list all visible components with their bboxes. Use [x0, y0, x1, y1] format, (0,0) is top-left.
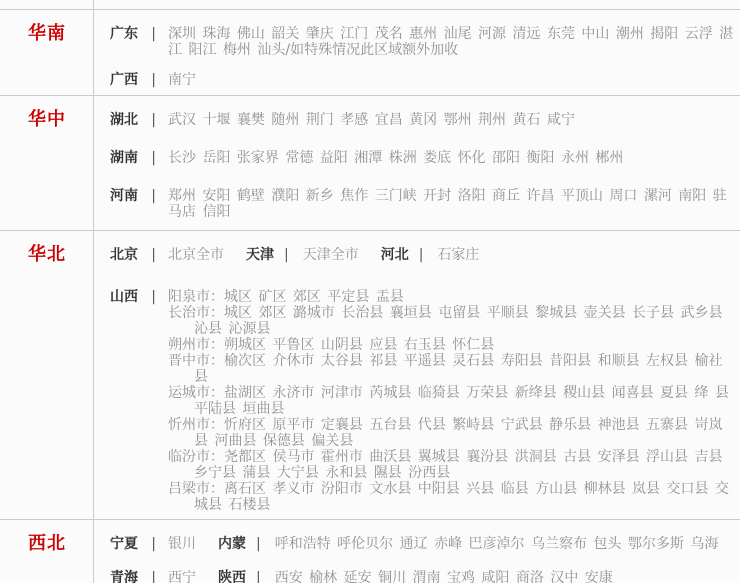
- district-line: 临汾市：尧都区 侯马市 霍州市 曲沃县 翼城县 襄汾县 洪洞县 古县 安泽县 浮…: [168, 449, 734, 481]
- province-label: 北京 |: [110, 247, 168, 263]
- city-list-text: 银川: [168, 536, 196, 552]
- province-name: 北京: [110, 247, 138, 263]
- province-label: 湖北 |: [110, 112, 168, 128]
- province-entry-inline: 北京 | 北京全市天津|天津全市河北|石家庄: [110, 247, 734, 263]
- district-line: 晋中市：榆次区 介休市 太谷县 祁县 平遥县 灵石县 寿阳县 昔阳县 和顺县 左…: [168, 353, 734, 385]
- district-line: 运城市：盐湖区 永济市 河津市 芮城县 临猗县 万荣县 新绛县 稷山县 闻喜县 …: [168, 385, 734, 417]
- city-list: 深圳 珠海 佛山 韶关 肇庆 江门 茂名 惠州 汕尾 河源 清远 东莞 中山 潮…: [168, 26, 734, 58]
- city-list: 银川内蒙|呼和浩特 呼伦贝尔 通辽 赤峰 巴彦淖尔 乌兰察布 包头 鄂尔多斯 乌…: [168, 536, 734, 552]
- province-entry-inline: 宁夏 | 银川内蒙|呼和浩特 呼伦贝尔 通辽 赤峰 巴彦淖尔 乌兰察布 包头 鄂…: [110, 536, 734, 552]
- province-entry: 湖北 | 武汉 十堰 襄樊 随州 荆门 孝感 宜昌 黄冈 鄂州 荆州 黄石 咸宁: [110, 112, 734, 128]
- province-entry: 河南 | 郑州 安阳 鹤壁 濮阳 新乡 焦作 三门峡 开封 洛阳 商丘 许昌 平…: [110, 188, 734, 220]
- pipe-separator: |: [284, 247, 289, 263]
- pipe-separator: |: [151, 570, 156, 583]
- province-group: 陕西|西安 榆林 延安 铜川 渭南 宝鸡 咸阳 商洛 汉中 安康: [218, 570, 613, 583]
- province-label: 山西 |: [110, 289, 168, 513]
- pipe-separator: |: [151, 72, 156, 88]
- pipe-separator: |: [151, 112, 156, 128]
- province-label: 青海 |: [110, 570, 168, 583]
- city-list-text: 天津全市: [303, 247, 359, 263]
- region-cell: 华北: [0, 231, 94, 519]
- province-name: 内蒙: [218, 536, 246, 552]
- province-label: 湖南 |: [110, 150, 168, 166]
- region-cell: 华中: [0, 96, 94, 230]
- province-name: 河北: [381, 247, 409, 263]
- province-group: 河北|石家庄: [381, 247, 480, 263]
- province-group: 内蒙|呼和浩特 呼伦贝尔 通辽 赤峰 巴彦淖尔 乌兰察布 包头 鄂尔多斯 乌海: [218, 536, 718, 552]
- region-cell: 华南: [0, 10, 94, 95]
- city-list: 武汉 十堰 襄樊 随州 荆门 孝感 宜昌 黄冈 鄂州 荆州 黄石 咸宁: [168, 112, 734, 128]
- district-line: 吕梁市：离石区 孝义市 汾阳市 文水县 中阳县 兴县 临县 方山县 柳林县 岚县…: [168, 481, 734, 513]
- region-row-south-china: 华南 广东 | 深圳 珠海 佛山 韶关 肇庆 江门 茂名 惠州 汕尾 河源 清远…: [0, 9, 740, 95]
- shipping-regions-table: 华南 广东 | 深圳 珠海 佛山 韶关 肇庆 江门 茂名 惠州 汕尾 河源 清远…: [0, 0, 740, 583]
- region-row-north-china: 华北 北京 | 北京全市天津|天津全市河北|石家庄 山西 | 阳泉市：城区 矿区…: [0, 230, 740, 519]
- pipe-separator: |: [151, 289, 156, 513]
- table-row-partial-top: [0, 0, 740, 9]
- district-line: 长治市：城区 郊区 潞城市 长治县 襄垣县 屯留县 平顺县 黎城县 壶关县 长子…: [168, 305, 734, 337]
- region-label: 西北: [28, 533, 66, 554]
- pipe-separator: |: [256, 570, 261, 583]
- city-list: 南宁: [168, 72, 734, 88]
- province-entry-districts: 山西 | 阳泉市：城区 矿区 郊区 平定县 盂县 长治市：城区 郊区 潞城市 长…: [110, 289, 734, 513]
- content-cell: 北京 | 北京全市天津|天津全市河北|石家庄 山西 | 阳泉市：城区 矿区 郊区…: [94, 231, 740, 519]
- content-cell: [94, 0, 740, 9]
- district-line: 朔州市：朔城区 平鲁区 山阴县 应县 右玉县 怀仁县: [168, 337, 734, 353]
- district-list: 阳泉市：城区 矿区 郊区 平定县 盂县 长治市：城区 郊区 潞城市 长治县 襄垣…: [168, 289, 734, 513]
- province-name: 山西: [110, 289, 138, 513]
- province-name: 广西: [110, 72, 138, 88]
- city-list-text: 西宁: [168, 570, 196, 583]
- pipe-separator: |: [419, 247, 424, 263]
- province-name: 广东: [110, 26, 138, 58]
- province-name: 陕西: [218, 570, 246, 583]
- region-label: 华中: [28, 109, 66, 130]
- pipe-separator: |: [151, 536, 156, 552]
- city-list: 郑州 安阳 鹤壁 濮阳 新乡 焦作 三门峡 开封 洛阳 商丘 许昌 平顶山 周口…: [168, 188, 734, 220]
- province-name: 天津: [246, 247, 274, 263]
- province-entry: 湖南 | 长沙 岳阳 张家界 常德 益阳 湘潭 株洲 娄底 怀化 邵阳 衡阳 永…: [110, 150, 734, 166]
- pipe-separator: |: [151, 150, 156, 166]
- province-name: 青海: [110, 570, 138, 583]
- province-name: 河南: [110, 188, 138, 220]
- city-list: 西宁陕西|西安 榆林 延安 铜川 渭南 宝鸡 咸阳 商洛 汉中 安康: [168, 570, 734, 583]
- province-name: 宁夏: [110, 536, 138, 552]
- province-entry-inline: 青海 | 西宁陕西|西安 榆林 延安 铜川 渭南 宝鸡 咸阳 商洛 汉中 安康: [110, 570, 734, 583]
- province-entry: 广东 | 深圳 珠海 佛山 韶关 肇庆 江门 茂名 惠州 汕尾 河源 清远 东莞…: [110, 26, 734, 58]
- province-label: 宁夏 |: [110, 536, 168, 552]
- province-label: 广西 |: [110, 72, 168, 88]
- city-list: 北京全市天津|天津全市河北|石家庄: [168, 247, 734, 263]
- province-name: 湖南: [110, 150, 138, 166]
- region-label: 华南: [28, 23, 66, 44]
- pipe-separator: |: [151, 188, 156, 220]
- region-label: 华北: [28, 244, 66, 265]
- city-list: 长沙 岳阳 张家界 常德 益阳 湘潭 株洲 娄底 怀化 邵阳 衡阳 永州 郴州: [168, 150, 734, 166]
- district-line: 忻州市：忻府区 原平市 定襄县 五台县 代县 繁峙县 宁武县 静乐县 神池县 五…: [168, 417, 734, 449]
- region-cell: [0, 0, 94, 9]
- pipe-separator: |: [256, 536, 261, 552]
- province-group: 天津|天津全市: [246, 247, 359, 263]
- region-cell: 西北: [0, 520, 94, 583]
- province-name: 湖北: [110, 112, 138, 128]
- region-row-central-china: 华中 湖北 | 武汉 十堰 襄樊 随州 荆门 孝感 宜昌 黄冈 鄂州 荆州 黄石…: [0, 95, 740, 230]
- content-cell: 湖北 | 武汉 十堰 襄樊 随州 荆门 孝感 宜昌 黄冈 鄂州 荆州 黄石 咸宁…: [94, 96, 740, 230]
- district-line: 阳泉市：城区 矿区 郊区 平定县 盂县: [168, 289, 734, 305]
- city-list-text: 石家庄: [437, 247, 479, 263]
- province-label: 广东 |: [110, 26, 168, 58]
- province-label: 河南 |: [110, 188, 168, 220]
- content-cell: 广东 | 深圳 珠海 佛山 韶关 肇庆 江门 茂名 惠州 汕尾 河源 清远 东莞…: [94, 10, 740, 95]
- city-list-text: 西安 榆林 延安 铜川 渭南 宝鸡 咸阳 商洛 汉中 安康: [275, 570, 613, 583]
- city-list-text: 呼和浩特 呼伦贝尔 通辽 赤峰 巴彦淖尔 乌兰察布 包头 鄂尔多斯 乌海: [275, 536, 719, 552]
- content-cell: 宁夏 | 银川内蒙|呼和浩特 呼伦贝尔 通辽 赤峰 巴彦淖尔 乌兰察布 包头 鄂…: [94, 520, 740, 583]
- province-entry: 广西 | 南宁: [110, 72, 734, 88]
- region-row-northwest: 西北 宁夏 | 银川内蒙|呼和浩特 呼伦贝尔 通辽 赤峰 巴彦淖尔 乌兰察布 包…: [0, 519, 740, 583]
- pipe-separator: |: [151, 247, 156, 263]
- pipe-separator: |: [151, 26, 156, 58]
- city-list-text: 北京全市: [168, 247, 224, 263]
